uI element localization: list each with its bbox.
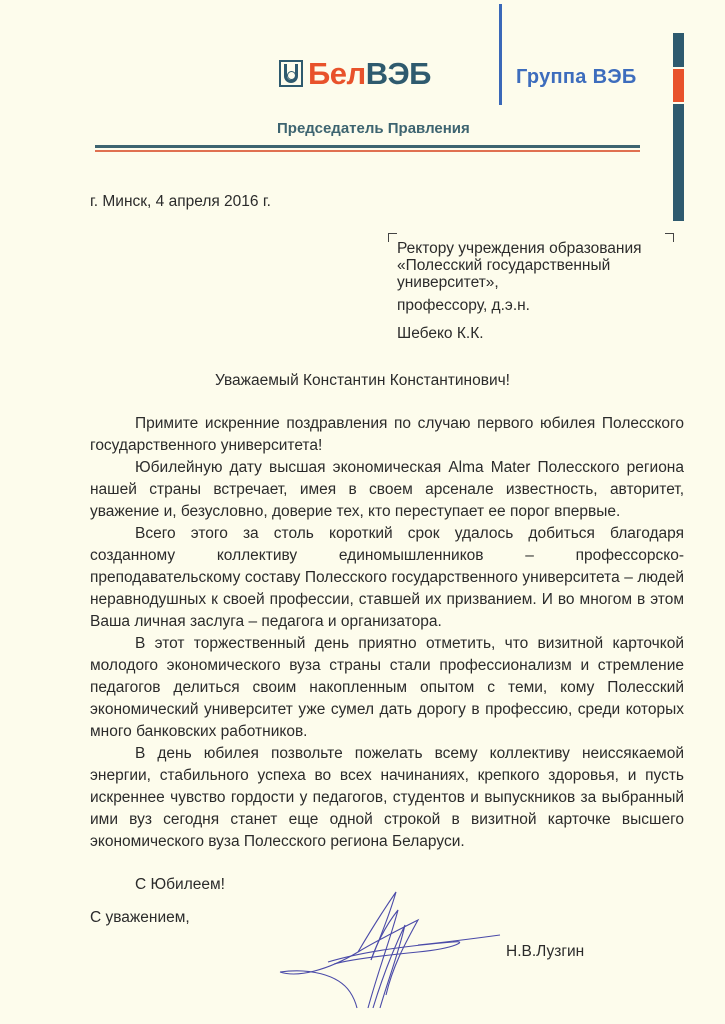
brand-logo-text: БелВЭБ [308, 54, 431, 94]
header-rule-orange [95, 150, 640, 152]
place-date: г. Минск, 4 апреля 2016 г. [90, 193, 271, 211]
brand-part-veb: ВЭБ [366, 56, 431, 91]
letter-body: Примите искренние поздравления по случаю… [90, 413, 684, 853]
addressee-line: «Полесский государственный [397, 257, 687, 274]
body-paragraph: Всего этого за столь короткий срок удало… [90, 523, 684, 633]
addressee-name: Шебеко К.К. [397, 325, 484, 343]
header-rule-navy [95, 145, 640, 148]
belveb-logo-icon [279, 60, 303, 87]
address-bracket-left [388, 233, 397, 242]
side-stripe-navy-top [673, 33, 684, 67]
signature-icon [268, 880, 508, 1020]
brand-part-bel: Бел [308, 56, 366, 91]
sender-position: Председатель Правления [277, 120, 470, 137]
regards: С уважением, [90, 909, 190, 927]
body-paragraph: В этот торжественный день приятно отмети… [90, 633, 684, 743]
addressee-title: профессору, д.э.н. [397, 297, 530, 315]
header-divider [499, 4, 502, 105]
group-name: Группа ВЭБ [516, 66, 637, 89]
signer-name: Н.В.Лузгин [506, 943, 584, 961]
addressee-line: университет», [397, 274, 687, 291]
body-paragraph: Примите искренние поздравления по случаю… [90, 413, 684, 457]
side-stripe-orange [673, 69, 684, 102]
body-paragraph: В день юбилея позвольте пожелать всему к… [90, 743, 684, 853]
salutation: Уважаемый Константин Константинович! [0, 372, 725, 390]
body-paragraph: Юбилейную дату высшая экономическая Alma… [90, 457, 684, 523]
closing-wish: С Юбилеем! [135, 876, 225, 894]
side-stripe-navy-bottom [673, 104, 684, 221]
addressee-block: Ректору учреждения образования «Полесски… [397, 240, 687, 291]
addressee-line: Ректору учреждения образования [397, 240, 687, 257]
